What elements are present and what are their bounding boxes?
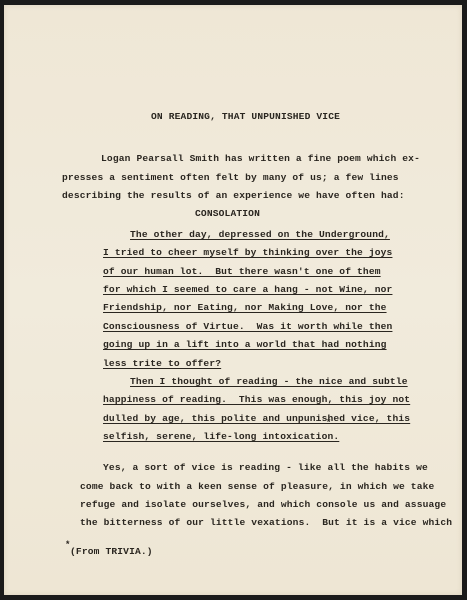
poem-line: Then I thought of reading - the nice and… [130,376,408,388]
poem-line: going up in a lift into a world that had… [103,339,387,351]
body-line: Yes, a sort of vice is reading - like al… [103,462,428,474]
poem-line: selfish, serene, life-long intoxication. [103,431,339,443]
poem-line: Friendship, nor Eating, nor Making Love,… [103,302,387,314]
poem-line: I tried to cheer myself by thinking over… [103,247,392,259]
document-title: ON READING, THAT UNPUNISHED VICE [151,111,340,123]
typewritten-page: ON READING, THAT UNPUNISHED VICE Logan P… [4,5,462,595]
body-line: come back to with a keen sense of pleasu… [80,481,434,493]
intro-line: Logan Pearsall Smith has written a fine … [101,153,420,165]
poem-title: CONSOLATION [195,208,260,220]
poem-line: dulled by age, this polite and unpunishe… [103,413,410,425]
poem-line: happiness of reading. This was enough, t… [103,394,410,406]
intro-line: describing the results of an experience … [62,190,405,202]
footnote-marker: * [326,418,331,428]
body-line: the bitterness of our little vexations. … [80,517,452,529]
intro-line: presses a sentiment often felt by many o… [62,172,399,184]
poem-line: less trite to offer? [103,358,221,370]
poem-line: Consciousness of Virtue. Was it worth wh… [103,321,392,333]
body-line: refuge and isolate ourselves, and which … [80,499,446,511]
poem-line: The other day, depressed on the Undergro… [130,229,390,241]
poem-line: of our human lot. But there wasn't one o… [103,266,381,278]
poem-line: for which I seemed to care a hang - not … [103,284,392,296]
footnote: (From TRIVIA.) [70,546,153,558]
